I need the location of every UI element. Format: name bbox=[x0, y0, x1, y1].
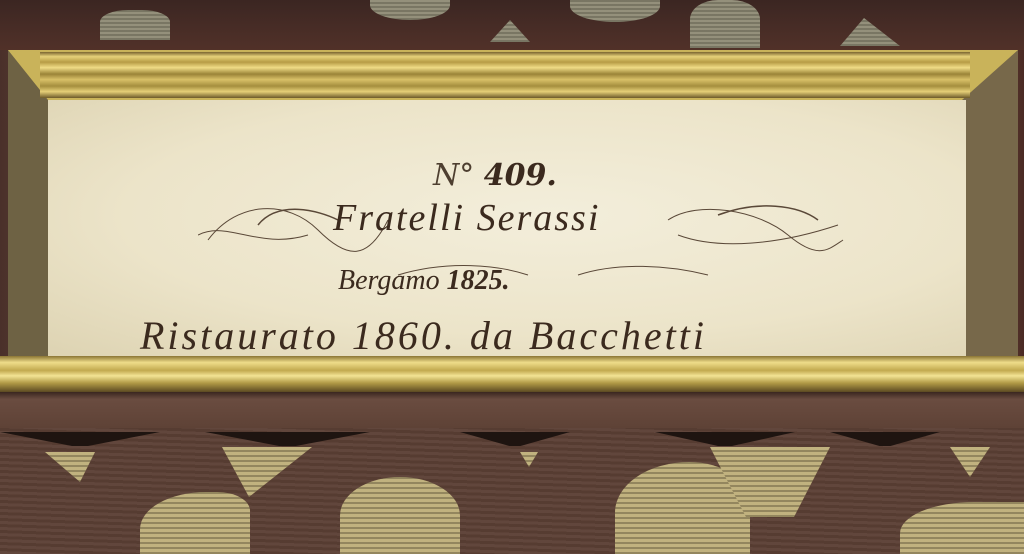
fretwork-cutout bbox=[570, 0, 660, 22]
fabric-opening bbox=[950, 447, 990, 477]
fretwork-slot bbox=[0, 432, 160, 446]
maker-label: N° 409. Fratelli Serassi Bergamo 1825. R… bbox=[48, 100, 966, 356]
fabric-opening bbox=[340, 477, 460, 554]
fretwork-slot bbox=[830, 432, 940, 446]
fretwork-slot bbox=[205, 432, 370, 446]
fretwork-cutout bbox=[490, 20, 530, 42]
wood-band bbox=[0, 392, 1024, 428]
fabric-opening bbox=[140, 492, 250, 554]
fretwork-cutout bbox=[370, 0, 450, 20]
gilt-molding-top bbox=[40, 52, 970, 98]
fretwork-cutout bbox=[690, 0, 760, 48]
fretwork-slot bbox=[460, 432, 570, 446]
fabric-opening bbox=[222, 447, 312, 497]
gilt-molding-bottom bbox=[0, 356, 1024, 392]
number-prefix: N° bbox=[433, 158, 474, 193]
city-and-year: Bergamo 1825. bbox=[338, 265, 510, 297]
fabric-opening bbox=[45, 452, 95, 482]
fretwork-cutout bbox=[100, 10, 170, 40]
fretwork-cutout bbox=[840, 18, 900, 46]
fabric-opening bbox=[520, 452, 538, 467]
fabric-opening bbox=[900, 502, 1024, 554]
carved-wood-bottom bbox=[0, 392, 1024, 554]
maker-name: Fratelli Serassi bbox=[333, 196, 600, 240]
city: Bergamo bbox=[338, 265, 440, 296]
year: 1825. bbox=[447, 265, 510, 296]
fretwork-slot bbox=[655, 432, 795, 446]
label-number: N° 409. bbox=[433, 158, 557, 193]
number-value: 409. bbox=[484, 158, 557, 193]
restoration-note: Ristaurato 1860. da Bacchetti bbox=[140, 312, 707, 356]
